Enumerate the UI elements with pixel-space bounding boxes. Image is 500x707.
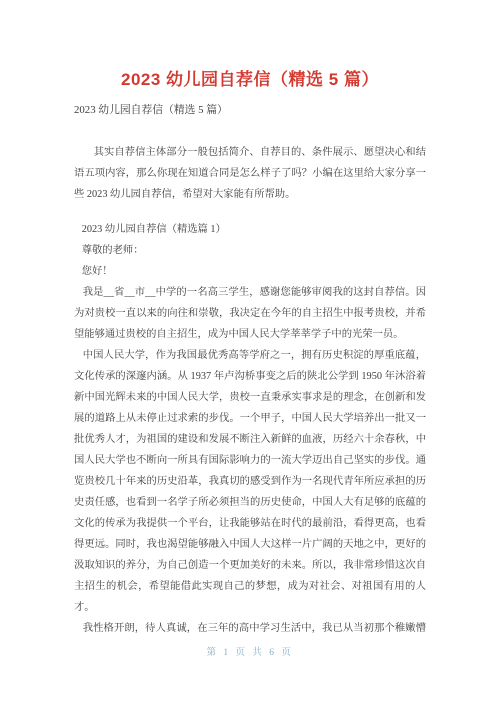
greeting-line: 您好！ [74,261,426,282]
body-paragraph: 我是__省__市__中学的一名高三学生，感谢您能够审阅我的这封自荐信。因为对贵校… [74,282,426,345]
body-paragraph: 中国人民大学，作为我国最优秀高等学府之一，拥有历史积淀的厚重底蕴，文化传承的深邃… [74,345,426,618]
document-page: 2023 幼儿园自荐信（精选 5 篇） 2023 幼儿园自荐信（精选 5 篇） … [0,0,500,707]
section-heading: 2023 幼儿园自荐信（精选篇 1） [74,219,426,240]
document-subtitle: 2023 幼儿园自荐信（精选 5 篇） [74,100,426,121]
page-number-footer: 第 1 页 共 6 页 [0,646,500,660]
intro-paragraph: 其实自荐信主体部分一般包括简介、自荐目的、条件展示、愿望决心和结语五项内容，那么… [74,142,426,205]
page-title: 2023 幼儿园自荐信（精选 5 篇） [40,69,460,92]
salutation-line: 尊敬的老师： [74,240,426,261]
document-body: 2023 幼儿园自荐信（精选 5 篇） 其实自荐信主体部分一般包括简介、自荐目的… [74,96,426,643]
body-paragraph: 我性格开朗，待人真诚，在三年的高中学习生活中，我已从当初那个稚嫩懵懂的小男孩逐渐… [74,618,426,643]
